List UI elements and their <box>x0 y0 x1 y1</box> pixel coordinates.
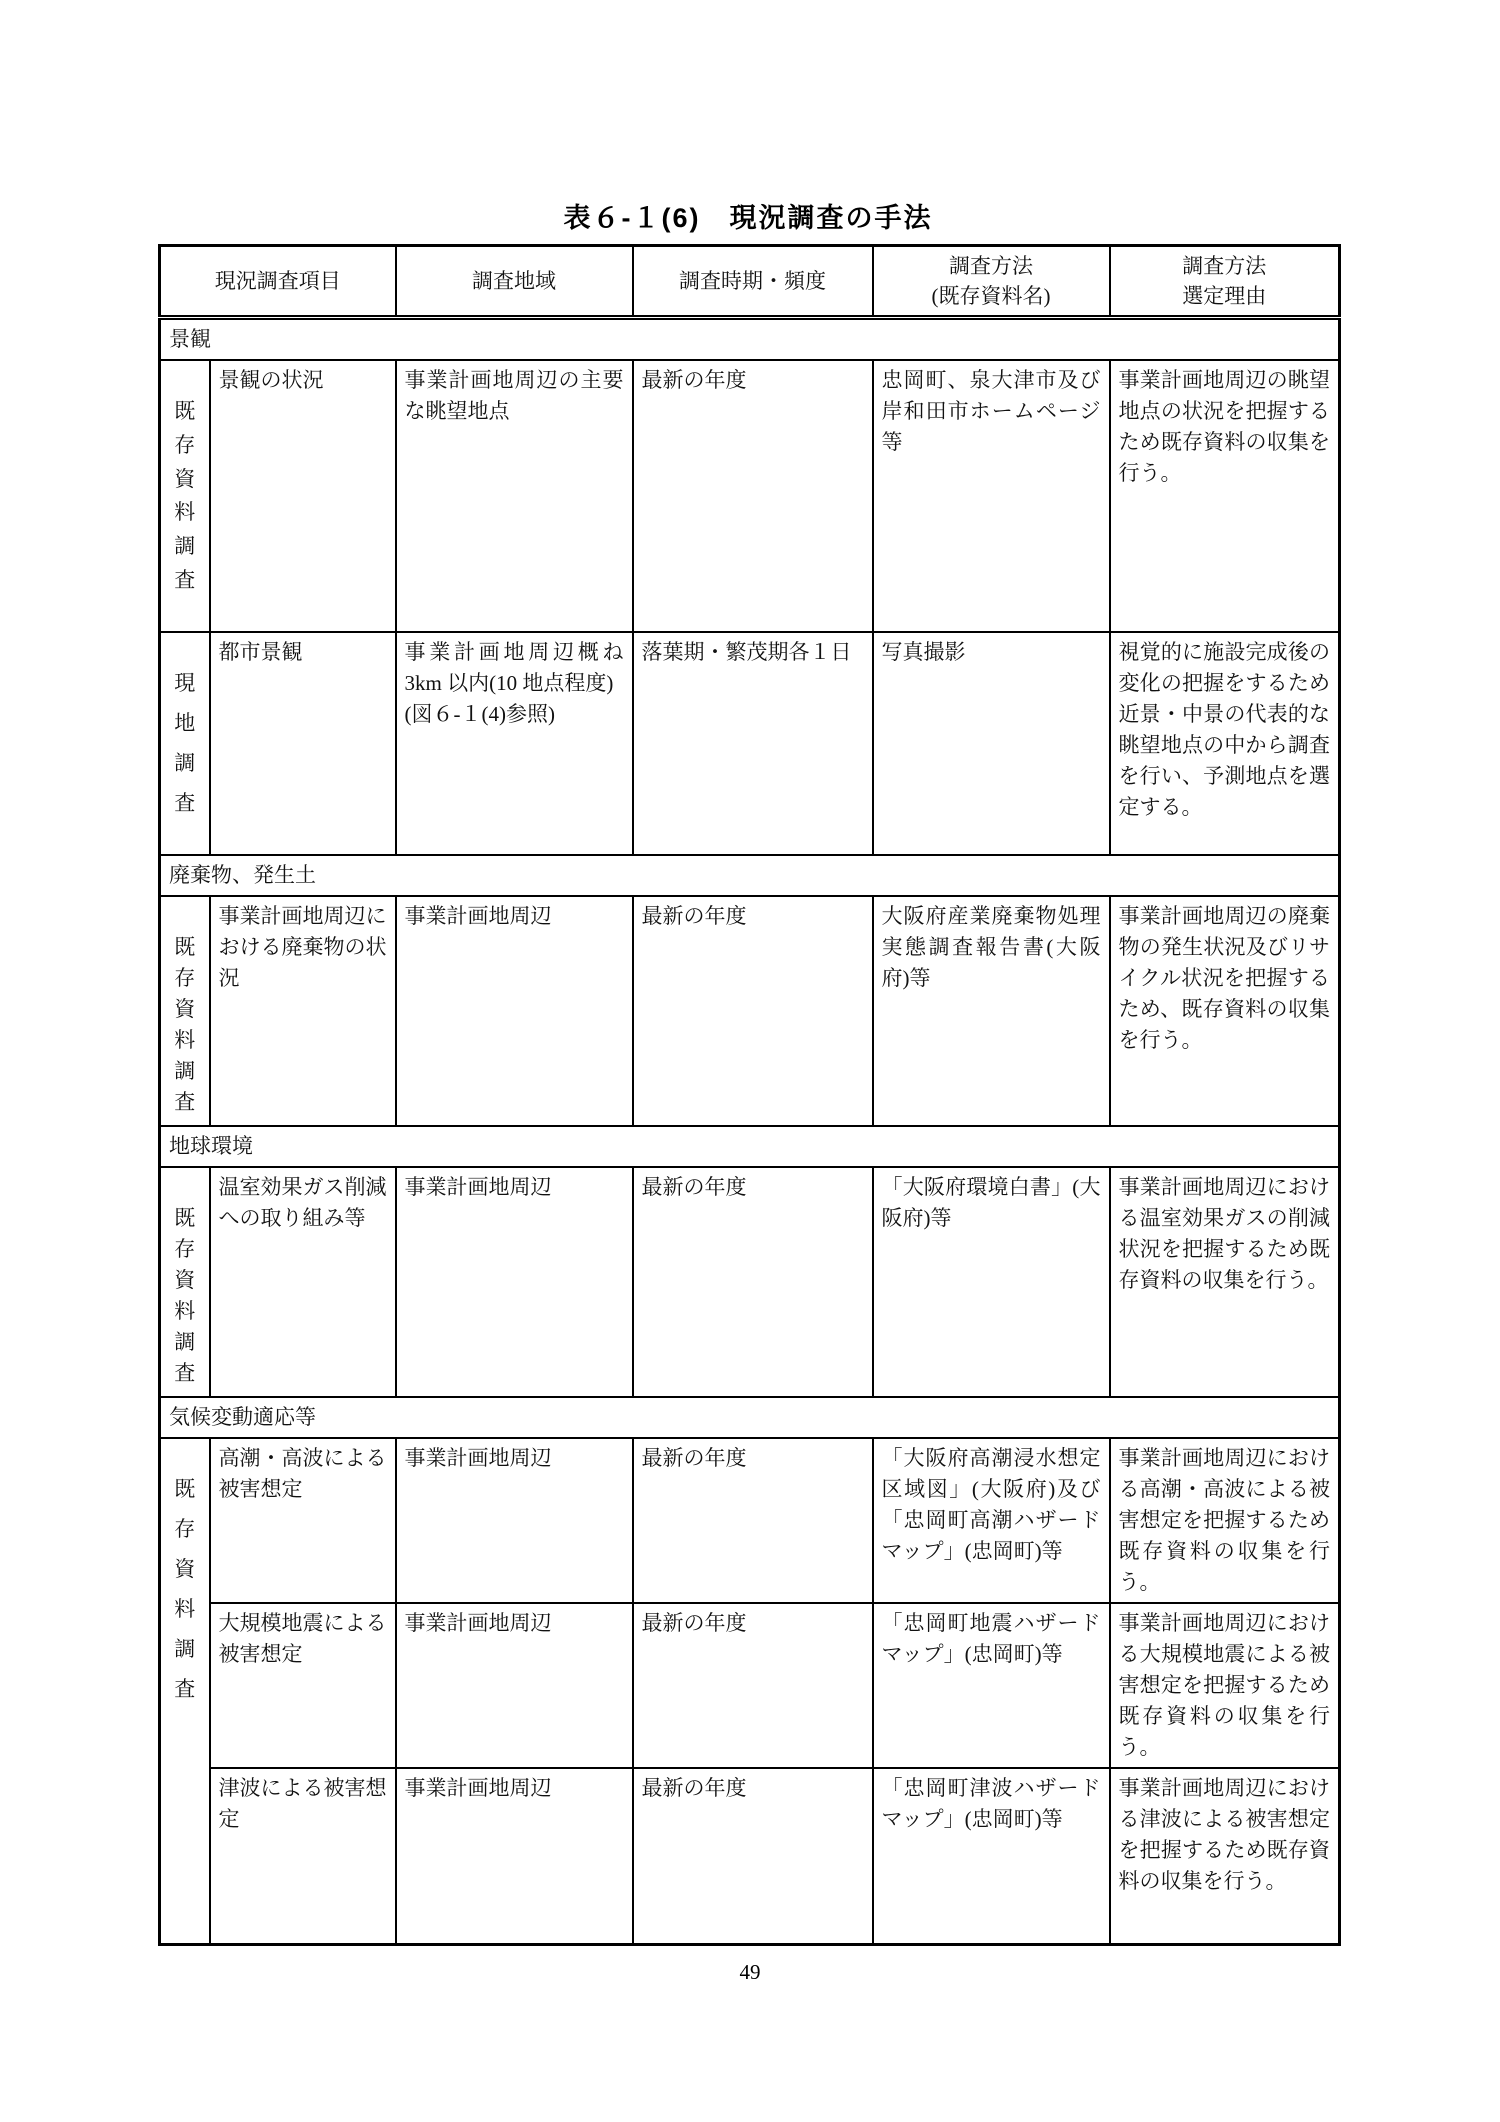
section-title: 廃棄物、発生土 <box>160 855 1340 896</box>
section-bar-landscape: 景観 <box>160 318 1340 361</box>
area-cell: 事業計画地周辺 <box>396 1167 633 1397</box>
timing-cell: 最新の年度 <box>633 1768 873 1944</box>
reason-cell: 事業計画地周辺の廃棄物の発生状況及びリサイクル状況を把握するため、既存資料の収集… <box>1110 896 1340 1126</box>
timing-cell: 最新の年度 <box>633 360 873 632</box>
timing-cell: 落葉期・繁茂期各１日 <box>633 632 873 855</box>
reason-cell: 事業計画地周辺の眺望地点の状況を把握するため既存資料の収集を行う。 <box>1110 360 1340 632</box>
area-cell: 事業計画地周辺 <box>396 896 633 1126</box>
table-row: 大規模地震による被害想定 事業計画地周辺 最新の年度 「忠岡町地震ハザードマップ… <box>160 1603 1340 1768</box>
timing-cell: 最新の年度 <box>633 1167 873 1397</box>
section-title: 景観 <box>160 318 1340 361</box>
timing-cell: 最新の年度 <box>633 1438 873 1603</box>
survey-type-cell: 既存資料調査 <box>160 360 210 632</box>
item-cell: 大規模地震による被害想定 <box>210 1603 396 1768</box>
survey-type-cell: 既存資料調査 <box>160 896 210 1126</box>
table-row: 既存資料調査 高潮・高波による被害想定 事業計画地周辺 最新の年度 「大阪府高潮… <box>160 1438 1340 1603</box>
reason-cell: 視覚的に施設完成後の変化の把握をするため近景・中景の代表的な眺望地点の中から調査… <box>1110 632 1340 855</box>
method-cell: 大阪府産業廃棄物処理実態調査報告書(大阪府)等 <box>873 896 1110 1126</box>
method-cell: 「忠岡町津波ハザードマップ」(忠岡町)等 <box>873 1768 1110 1944</box>
item-cell: 都市景観 <box>210 632 396 855</box>
page-title: 表６-１(6) 現況調査の手法 <box>158 196 1338 235</box>
method-cell: 「大阪府環境白書」(大阪府)等 <box>873 1167 1110 1397</box>
header-method: 調査方法 (既存資料名) <box>873 246 1110 318</box>
section-title: 気候変動適応等 <box>160 1397 1340 1438</box>
timing-cell: 最新の年度 <box>633 896 873 1126</box>
item-cell: 温室効果ガス削減への取り組み等 <box>210 1167 396 1397</box>
header-timing: 調査時期・頻度 <box>633 246 873 318</box>
table-row: 既存資料調査 温室効果ガス削減への取り組み等 事業計画地周辺 最新の年度 「大阪… <box>160 1167 1340 1397</box>
area-cell: 事業計画地周辺 <box>396 1768 633 1944</box>
survey-type-cell: 既存資料調査 <box>160 1167 210 1397</box>
survey-type-cell: 既存資料調査 <box>160 1438 210 1944</box>
survey-type-vertical-label: 既存資料調査 <box>173 1474 197 1705</box>
item-cell: 事業計画地周辺における廃棄物の状況 <box>210 896 396 1126</box>
survey-type-vertical-label: 既存資料調査 <box>173 1203 197 1361</box>
document-page: 表６-１(6) 現況調査の手法 現況調査項目 調査地域 調査時期・頻度 調査方法… <box>0 0 1500 2122</box>
section-bar-waste: 廃棄物、発生土 <box>160 855 1340 896</box>
timing-cell: 最新の年度 <box>633 1603 873 1768</box>
section-title: 地球環境 <box>160 1126 1340 1167</box>
reason-cell: 事業計画地周辺における津波による被害想定を把握するため既存資料の収集を行う。 <box>1110 1768 1340 1944</box>
survey-type-vertical-label: 現地調査 <box>173 668 197 819</box>
section-bar-climate-adaptation: 気候変動適応等 <box>160 1397 1340 1438</box>
survey-type-cell: 現地調査 <box>160 632 210 855</box>
page-number: 49 <box>0 1960 1500 1985</box>
header-reason: 調査方法 選定理由 <box>1110 246 1340 318</box>
survey-methods-table: 現況調査項目 調査地域 調査時期・頻度 調査方法 (既存資料名) 調査方法 選定… <box>158 244 1341 1946</box>
method-cell: 「大阪府高潮浸水想定区域図」(大阪府)及び「忠岡町高潮ハザードマップ」(忠岡町)… <box>873 1438 1110 1603</box>
table-header-row: 現況調査項目 調査地域 調査時期・頻度 調査方法 (既存資料名) 調査方法 選定… <box>160 246 1340 318</box>
header-area: 調査地域 <box>396 246 633 318</box>
header-item: 現況調査項目 <box>160 246 396 318</box>
survey-type-vertical-label: 既存資料調査 <box>173 396 197 596</box>
table-row: 既存資料調査 事業計画地周辺における廃棄物の状況 事業計画地周辺 最新の年度 大… <box>160 896 1340 1126</box>
item-cell: 津波による被害想定 <box>210 1768 396 1944</box>
reason-cell: 事業計画地周辺における温室効果ガスの削減状況を把握するため既存資料の収集を行う。 <box>1110 1167 1340 1397</box>
reason-cell: 事業計画地周辺における高潮・高波による被害想定を把握するため既存資料の収集を行う… <box>1110 1438 1340 1603</box>
table-row: 現地調査 都市景観 事業計画地周辺概ね3km 以内(10 地点程度) (図６-１… <box>160 632 1340 855</box>
section-bar-global-environment: 地球環境 <box>160 1126 1340 1167</box>
survey-type-vertical-label: 既存資料調査 <box>173 932 197 1090</box>
method-cell: 写真撮影 <box>873 632 1110 855</box>
area-cell: 事業計画地周辺の主要な眺望地点 <box>396 360 633 632</box>
item-cell: 景観の状況 <box>210 360 396 632</box>
table-row: 既存資料調査 景観の状況 事業計画地周辺の主要な眺望地点 最新の年度 忠岡町、泉… <box>160 360 1340 632</box>
item-cell: 高潮・高波による被害想定 <box>210 1438 396 1603</box>
reason-cell: 事業計画地周辺における大規模地震による被害想定を把握するため既存資料の収集を行う… <box>1110 1603 1340 1768</box>
table-row: 津波による被害想定 事業計画地周辺 最新の年度 「忠岡町津波ハザードマップ」(忠… <box>160 1768 1340 1944</box>
area-cell: 事業計画地周辺 <box>396 1438 633 1603</box>
method-cell: 忠岡町、泉大津市及び岸和田市ホームページ等 <box>873 360 1110 632</box>
method-cell: 「忠岡町地震ハザードマップ」(忠岡町)等 <box>873 1603 1110 1768</box>
area-cell: 事業計画地周辺概ね3km 以内(10 地点程度) (図６-１(4)参照) <box>396 632 633 855</box>
area-cell: 事業計画地周辺 <box>396 1603 633 1768</box>
